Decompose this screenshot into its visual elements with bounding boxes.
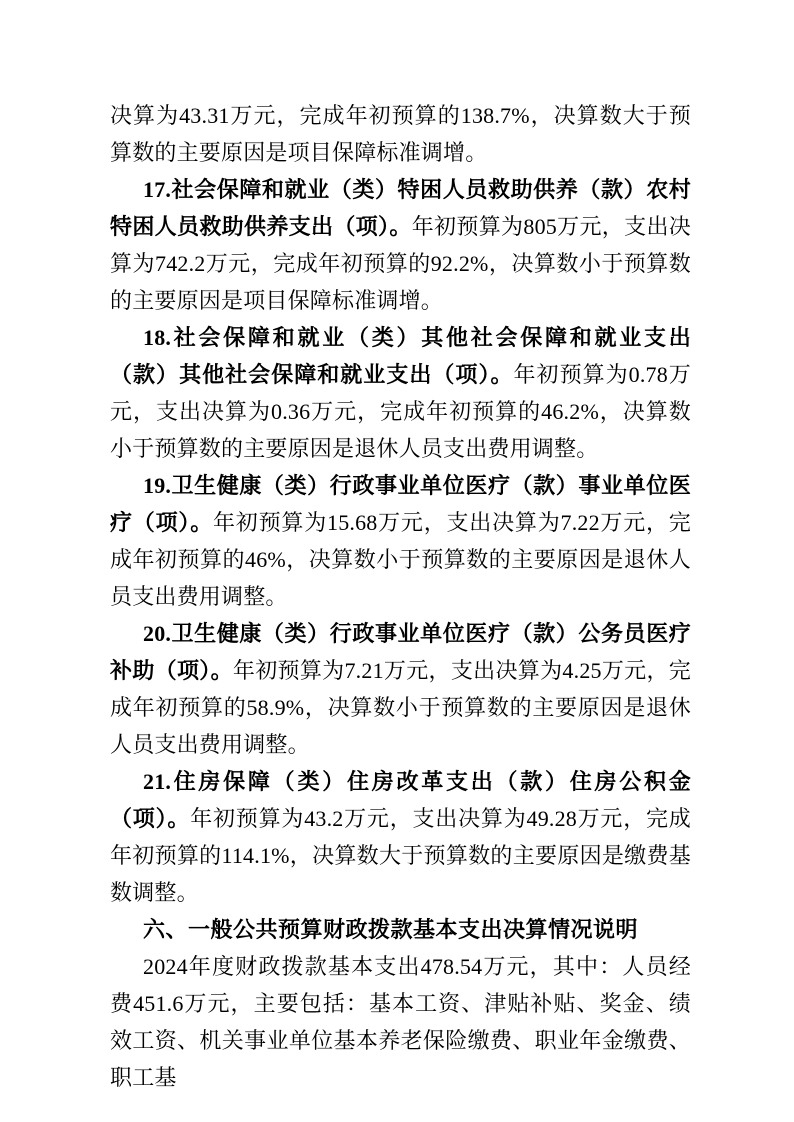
item21-body: 年初预算为43.2万元，支出决算为49.28万元，完成年初预算的114.1%，决… (110, 806, 691, 905)
document-page: 决算为43.31万元，完成年初预算的138.7%，决算数大于预算数的主要原因是项… (0, 0, 794, 1122)
section-heading-6: 六、一般公共预算财政拨款基本支出决算情况说明 (110, 911, 691, 948)
paragraph-item21: 21.住房保障（类）住房改革支出（款）住房公积金（项）。年初预算为43.2万元，… (110, 763, 691, 911)
paragraph-item20: 20.卫生健康（类）行政事业单位医疗（款）公务员医疗补助（项）。年初预算为7.2… (110, 615, 691, 763)
paragraph-basic-expenditure: 2024年度财政拨款基本支出478.54万元，其中：人员经费451.6万元，主要… (110, 948, 691, 1096)
document-content: 决算为43.31万元，完成年初预算的138.7%，决算数大于预算数的主要原因是项… (110, 97, 691, 1096)
paragraph-item18: 18.社会保障和就业（类）其他社会保障和就业支出（款）其他社会保障和就业支出（项… (110, 319, 691, 467)
paragraph-item19: 19.卫生健康（类）行政事业单位医疗（款）事业单位医疗（项）。年初预算为15.6… (110, 467, 691, 615)
paragraph-item16-continuation: 决算为43.31万元，完成年初预算的138.7%，决算数大于预算数的主要原因是项… (110, 97, 691, 171)
paragraph-item17: 17.社会保障和就业（类）特困人员救助供养（款）农村特困人员救助供养支出（项）。… (110, 171, 691, 319)
